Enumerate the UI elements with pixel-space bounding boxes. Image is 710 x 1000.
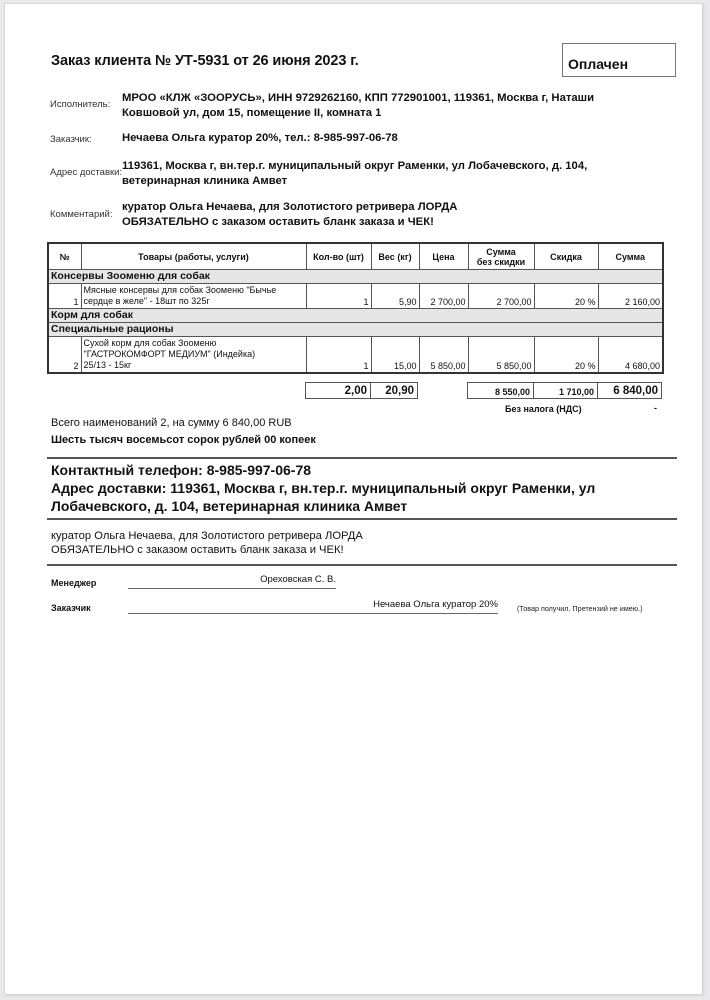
row-sum: 2 160,00 bbox=[598, 284, 663, 309]
footer-comment-line-2: ОБЯЗАТЕЛЬНО с заказом оставить бланк зак… bbox=[51, 543, 363, 557]
document-page: Заказ клиента № УТ-5931 от 26 июня 2023 … bbox=[4, 3, 703, 995]
group-row: Консервы Зоомeню для собак bbox=[48, 270, 663, 284]
col-header-sum-no-discount-line1: Сумма bbox=[471, 247, 532, 257]
row-no: 2 bbox=[48, 337, 81, 374]
customer-signature-line: Нечаева Ольга куратор 20% bbox=[128, 599, 498, 614]
group-name: Специальные рационы bbox=[48, 323, 663, 337]
footer-delivery-address: Адрес доставки: 119361, Москва г, вн.тер… bbox=[51, 479, 671, 515]
total-sum-no-discount: 8 550,00 bbox=[467, 382, 534, 399]
col-header-goods: Товары (работы, услуги) bbox=[81, 243, 306, 270]
col-header-sum-no-discount-line2: без скидки bbox=[471, 257, 532, 267]
group-name: Консервы Зоомeню для собак bbox=[48, 270, 663, 284]
delivery-label: Адрес доставки: bbox=[50, 167, 122, 178]
total-discount: 1 710,00 bbox=[533, 382, 598, 399]
order-title: Заказ клиента № УТ-5931 от 26 июня 2023 … bbox=[51, 53, 359, 69]
row-price: 5 850,00 bbox=[419, 337, 468, 374]
row-goods-name-line: Сухой корм для собак Зоомeню bbox=[84, 338, 304, 349]
col-header-discount: Скидка bbox=[534, 243, 598, 270]
total-qty: 2,00 bbox=[305, 382, 371, 399]
row-goods-name-line: Мясные консервы для собак Зоомeню "Бычье bbox=[84, 285, 304, 296]
executor-line-2: Ковшовой ул, дом 15, помещение II, комна… bbox=[122, 106, 667, 121]
row-goods-name: Сухой корм для собак Зоомeню "ГАСТРОКОМФ… bbox=[81, 337, 306, 374]
customer-value: Нечаева Ольга куратор 20%, тел.: 8-985-9… bbox=[122, 131, 667, 146]
col-header-no: № bbox=[48, 243, 81, 270]
col-header-weight: Вес (кг) bbox=[371, 243, 419, 270]
customer-sign-name: Нечаева Ольга куратор 20% bbox=[373, 599, 498, 610]
customer-label: Заказчик: bbox=[50, 134, 92, 145]
total-sum: 6 840,00 bbox=[597, 382, 662, 399]
manager-signature-line: Ореховская С. В. bbox=[128, 574, 336, 589]
row-qty: 1 bbox=[306, 337, 371, 374]
executor-value: МРОО «КЛЖ «ЗООРУСЬ», ИНН 9729262160, КПП… bbox=[122, 91, 667, 121]
executor-label: Исполнитель: bbox=[50, 99, 110, 110]
footer-address-line-2: Лобачевского, д. 104, ветеринарная клини… bbox=[51, 497, 671, 515]
order-items-table: № Товары (работы, услуги) Кол-во (шт) Ве… bbox=[47, 242, 664, 374]
delivery-value: 119361, Москва г, вн.тер.г. муниципальны… bbox=[122, 159, 667, 189]
comment-line-1: куратор Ольга Нечаева, для Золотистого р… bbox=[122, 200, 667, 215]
customer-sign-label: Заказчик bbox=[51, 603, 91, 613]
footer-comment-line-1: куратор Ольга Нечаева, для Золотистого р… bbox=[51, 529, 363, 543]
table-row: 1 Мясные консервы для собак Зоомeню "Быч… bbox=[48, 284, 663, 309]
vat-label: Без налога (НДС) bbox=[505, 404, 582, 414]
row-no: 1 bbox=[48, 284, 81, 309]
group-row: Корм для собак bbox=[48, 309, 663, 323]
comment-value: куратор Ольга Нечаева, для Золотистого р… bbox=[122, 200, 667, 230]
table-row: 2 Сухой корм для собак Зоомeню "ГАСТРОКО… bbox=[48, 337, 663, 374]
group-row: Специальные рационы bbox=[48, 323, 663, 337]
group-name: Корм для собак bbox=[48, 309, 663, 323]
divider bbox=[47, 457, 677, 459]
footer-comment: куратор Ольга Нечаева, для Золотистого р… bbox=[51, 529, 363, 557]
comment-line-2: ОБЯЗАТЕЛЬНО с заказом оставить бланк зак… bbox=[122, 215, 667, 230]
delivery-line-2: ветеринарная клиника Амвет bbox=[122, 174, 667, 189]
col-header-price: Цена bbox=[419, 243, 468, 270]
divider bbox=[47, 518, 677, 520]
row-price: 2 700,00 bbox=[419, 284, 468, 309]
comment-label: Комментарий: bbox=[50, 209, 112, 220]
table-header-row: № Товары (работы, услуги) Кол-во (шт) Ве… bbox=[48, 243, 663, 270]
row-weight: 5,90 bbox=[371, 284, 419, 309]
row-goods-name-line: сердце в желе" - 18шт по 325г bbox=[84, 296, 304, 307]
executor-line-1: МРОО «КЛЖ «ЗООРУСЬ», ИНН 9729262160, КПП… bbox=[122, 91, 667, 106]
row-goods-name-line: 25/13 - 15кг bbox=[84, 360, 304, 371]
row-weight: 15,00 bbox=[371, 337, 419, 374]
total-summary-line: Всего наименований 2, на сумму 6 840,00 … bbox=[51, 417, 292, 429]
total-weight: 20,90 bbox=[370, 382, 418, 399]
row-discount: 20 % bbox=[534, 284, 598, 309]
footer-address-line-1: Адрес доставки: 119361, Москва г, вн.тер… bbox=[51, 479, 671, 497]
row-sum: 4 680,00 bbox=[598, 337, 663, 374]
row-sum-no-discount: 2 700,00 bbox=[468, 284, 534, 309]
total-in-words: Шесть тысяч восемьсот сорок рублей 00 ко… bbox=[51, 434, 316, 446]
manager-name: Ореховская С. В. bbox=[260, 574, 336, 585]
col-header-qty: Кол-во (шт) bbox=[306, 243, 371, 270]
row-discount: 20 % bbox=[534, 337, 598, 374]
delivery-line-1: 119361, Москва г, вн.тер.г. муниципальны… bbox=[122, 159, 667, 174]
col-header-sum-no-discount: Сумма без скидки bbox=[468, 243, 534, 270]
divider bbox=[47, 564, 677, 566]
col-header-sum: Сумма bbox=[598, 243, 663, 270]
vat-value: - bbox=[654, 403, 657, 413]
row-sum-no-discount: 5 850,00 bbox=[468, 337, 534, 374]
payment-status-badge: Оплачен bbox=[562, 43, 676, 77]
contact-phone: Контактный телефон: 8-985-997-06-78 bbox=[51, 462, 311, 478]
receipt-note: (Товар получил. Претензий не имею.) bbox=[517, 604, 643, 613]
row-qty: 1 bbox=[306, 284, 371, 309]
row-goods-name-line: "ГАСТРОКОМФОРТ МЕДИУМ" (Индейка) bbox=[84, 349, 304, 360]
manager-label: Менеджер bbox=[51, 578, 96, 588]
row-goods-name: Мясные консервы для собак Зоомeню "Бычье… bbox=[81, 284, 306, 309]
